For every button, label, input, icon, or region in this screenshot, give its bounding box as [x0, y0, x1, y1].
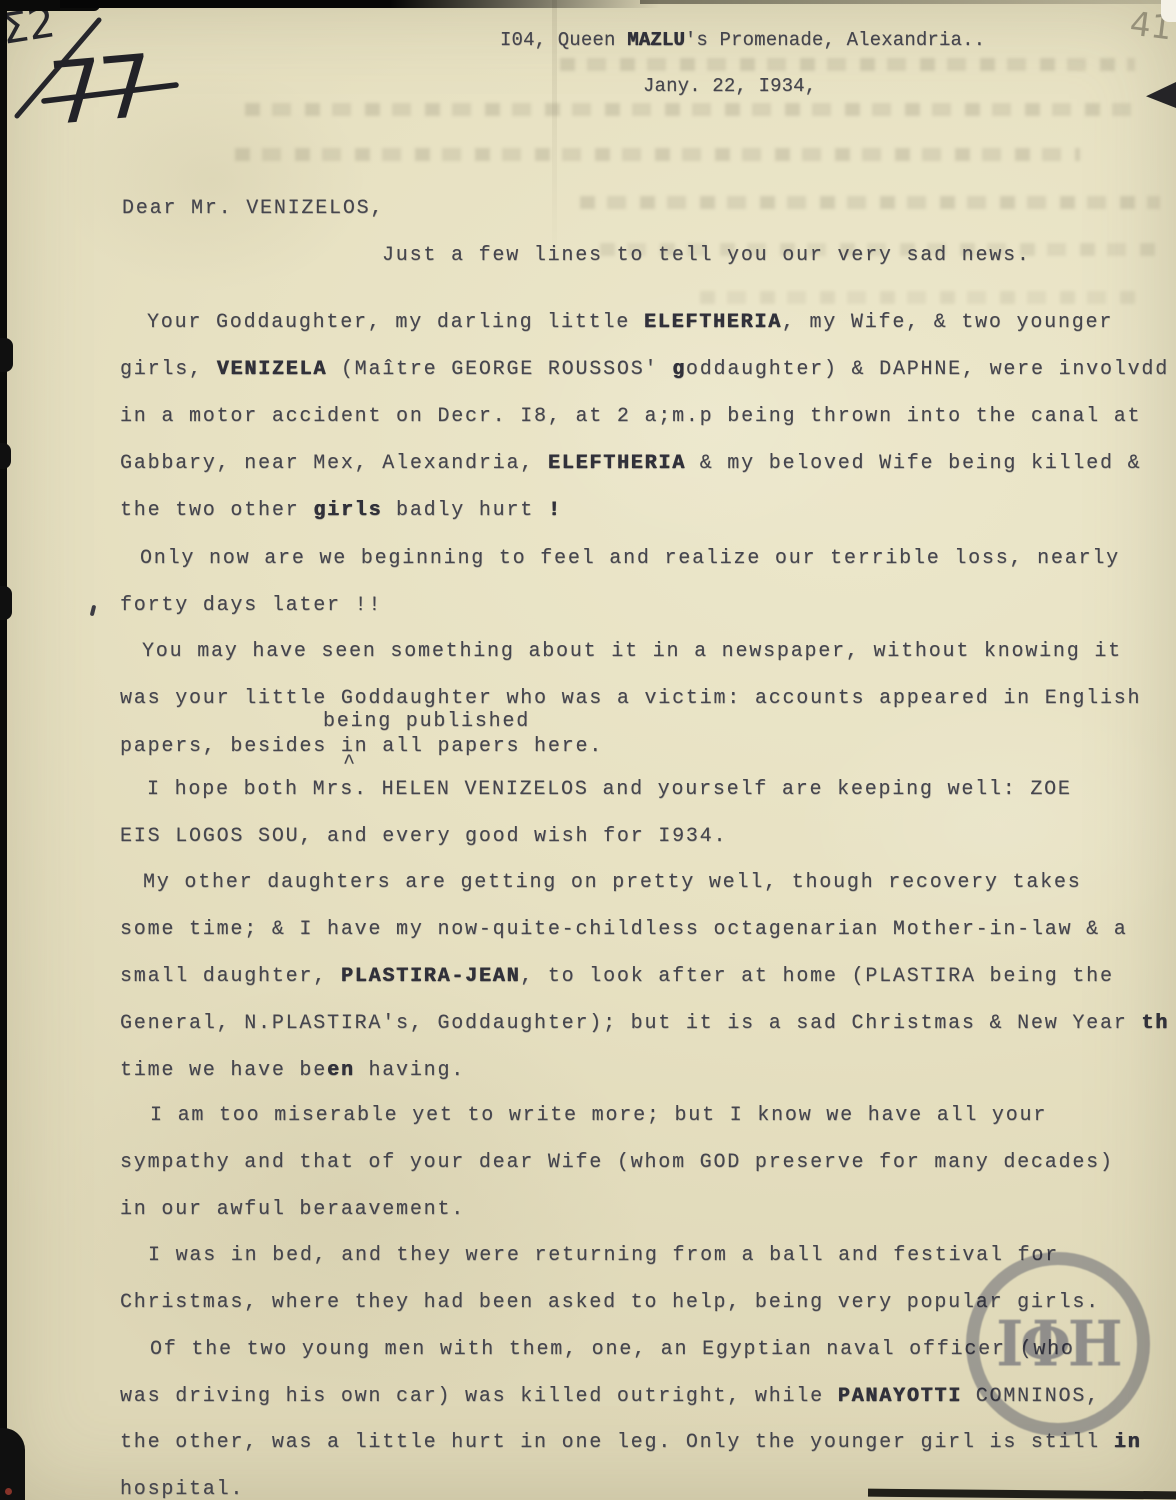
typed-text: 's Promenade, Alexandria..: [685, 29, 985, 51]
body-line: Your Goddaughter, my darling little ELEF…: [147, 312, 1113, 334]
typed-text: Gabbary, near Mex, Alexandria,: [120, 452, 548, 475]
scan-edge-top: [60, 0, 660, 8]
typed-text: was driving his own car) was killed outr…: [120, 1385, 838, 1408]
opening-line: Just a few lines to tell you our very sa…: [382, 245, 1031, 267]
typed-text: I04, Queen: [500, 29, 627, 51]
archive-stamp-letters: ΙΦΗ: [996, 1307, 1119, 1380]
typed-text: Dear Mr. VENIZELOS,: [122, 197, 384, 220]
body-line: General, N.PLASTIRA's, Goddaughter); but…: [120, 1013, 1169, 1035]
ink-blot-right-edge: [1146, 82, 1176, 108]
body-line: EIS LOGOS SOU, and every good wish for I…: [120, 826, 727, 848]
typed-text: Only now are we beginning to feel and re…: [140, 547, 1120, 570]
typed-text: Christmas, where they had been asked to …: [120, 1291, 1100, 1314]
scan-edge-top-right: [640, 0, 1176, 4]
letter-paper: I04, Queen MAZLU's Promenade, Alexandria…: [0, 0, 1176, 1500]
typed-text: forty days later !!: [120, 594, 382, 617]
overstruck-text: MAZLU: [627, 29, 685, 51]
typed-text: General, N.PLASTIRA's, Goddaughter); but…: [120, 1012, 1141, 1035]
body-line: the two other girls badly hurt !: [120, 500, 562, 522]
bleedthrough-mark: [235, 148, 1080, 161]
insertion-line: being published: [323, 711, 530, 733]
overstruck-text: th: [1141, 1012, 1169, 1035]
caret-mark: ^: [343, 753, 357, 775]
typed-text: & my beloved Wife being killed &: [686, 452, 1141, 475]
overstruck-text: ELEFTHERIA: [644, 311, 782, 334]
typed-text: Just a few lines to tell you our very sa…: [382, 244, 1031, 267]
body-line: girls, VENIZELA (Maître GEORGE ROUSSOS' …: [120, 359, 1169, 381]
typed-text: Of the two young men with them, one, an …: [150, 1338, 1075, 1361]
scan-edge-bottom-line: [868, 1489, 1176, 1500]
body-line: forty days later !!: [120, 595, 382, 617]
body-line: was driving his own car) was killed outr…: [120, 1386, 1100, 1408]
typed-text: girls,: [120, 358, 217, 381]
overstruck-text: girls: [313, 499, 382, 522]
typed-text: small daughter,: [120, 965, 341, 988]
typed-text: Jany. 22, I934,: [643, 75, 816, 97]
scan-edge-blob: [0, 443, 11, 469]
body-line: small daughter, PLASTIRA-JEAN, to look a…: [120, 966, 1114, 988]
typed-text: oddaughter) & DAPHNE, were involvdd: [686, 358, 1169, 381]
address-line: I04, Queen MAZLU's Promenade, Alexandria…: [500, 30, 985, 51]
stray-pen-mark: [90, 605, 97, 617]
body-line: was your little Goddaughter who was a vi…: [120, 688, 1141, 710]
body-line: sympathy and that of your dear Wife (who…: [120, 1152, 1114, 1174]
typed-text: the other, was a little hurt in one leg.…: [120, 1431, 1114, 1454]
body-line: the other, was a little hurt in one leg.…: [120, 1432, 1141, 1454]
overstruck-text: ELEFTHERIA: [548, 452, 686, 475]
scan-edge-blob: [0, 586, 12, 620]
body-line: My other daughters are getting on pretty…: [143, 872, 1082, 894]
red-mark: [5, 1488, 12, 1495]
typed-text: in a motor accident on Decr. I8, at 2 a;…: [120, 405, 1141, 428]
scan-corner-white: [1161, 0, 1176, 22]
typed-text: (Maître GEORGE ROUSSOS': [327, 358, 672, 381]
body-line: time we have been having.: [120, 1060, 465, 1082]
overstruck-text: g: [672, 358, 686, 381]
bleedthrough-mark: [245, 103, 1140, 116]
typed-text: time we have be: [120, 1059, 327, 1082]
typed-text: Your Goddaughter, my darling little: [147, 311, 644, 334]
salutation-line: Dear Mr. VENIZELOS,: [122, 198, 384, 220]
body-line: Gabbary, near Mex, Alexandria, ELEFTHERI…: [120, 453, 1141, 475]
body-line: hospital.: [120, 1479, 244, 1500]
bleedthrough-mark: [580, 196, 1160, 209]
typed-text: having.: [355, 1059, 465, 1082]
typed-text: badly hurt: [382, 499, 548, 522]
archive-stamp: ΙΦΗ: [966, 1252, 1150, 1436]
typed-text: was your little Goddaughter who was a vi…: [120, 687, 1141, 710]
overstruck-text: PANAYOTTI: [838, 1385, 962, 1408]
typed-text: My other daughters are getting on pretty…: [143, 871, 1082, 894]
typed-text: , to look after at home (PLASTIRA being …: [520, 965, 1113, 988]
bleedthrough-mark: [560, 58, 1135, 71]
overstruck-text: VENIZELA: [217, 358, 327, 381]
body-line: Only now are we beginning to feel and re…: [140, 548, 1120, 570]
body-line: I am too miserable yet to write more; bu…: [150, 1105, 1047, 1127]
body-line: You may have seen something about it in …: [142, 641, 1122, 663]
typed-text: the two other: [120, 499, 313, 522]
body-line: papers, besides in all papers here.: [120, 736, 603, 758]
body-line: in our awful beraavement.: [120, 1199, 465, 1221]
overstruck-text: PLASTIRA-JEAN: [341, 965, 520, 988]
overstruck-text: !: [548, 499, 562, 522]
bleedthrough-mark: [700, 291, 1140, 304]
overstruck-text: en: [327, 1059, 355, 1082]
typed-text: in our awful beraavement.: [120, 1198, 465, 1221]
scan-edge-blob: [0, 338, 13, 372]
typed-text: sympathy and that of your dear Wife (who…: [120, 1151, 1114, 1174]
scan-edge-left: [0, 0, 7, 1500]
typed-text: hospital.: [120, 1478, 244, 1500]
typed-text: , my Wife, & two younger: [782, 311, 1113, 334]
typed-text: papers, besides in all papers here.: [120, 735, 603, 758]
typed-text: ^: [343, 752, 357, 775]
typed-text: some time; & I have my now-quite-childle…: [120, 918, 1128, 941]
body-line: Of the two young men with them, one, an …: [150, 1339, 1075, 1361]
body-line: I was in bed, and they were returning fr…: [148, 1245, 1059, 1267]
body-line: I hope both Mrs. HELEN VENIZELOS and you…: [147, 779, 1072, 801]
typed-text: You may have seen something about it in …: [142, 640, 1122, 663]
typed-text: I hope both Mrs. HELEN VENIZELOS and you…: [147, 778, 1072, 801]
scan-edge-blob: [0, 1428, 25, 1500]
typed-text: I am too miserable yet to write more; bu…: [150, 1104, 1047, 1127]
typed-text: EIS LOGOS SOU, and every good wish for I…: [120, 825, 727, 848]
body-line: in a motor accident on Decr. I8, at 2 a;…: [120, 406, 1141, 428]
date-line: Jany. 22, I934,: [643, 76, 816, 97]
body-line: Christmas, where they had been asked to …: [120, 1292, 1100, 1314]
typed-text: being published: [323, 710, 530, 733]
body-line: some time; & I have my now-quite-childle…: [120, 919, 1128, 941]
overstruck-text: in: [1114, 1431, 1142, 1454]
handwritten-archive-reference: Σ2 77: [0, 0, 230, 150]
typed-text: I was in bed, and they were returning fr…: [148, 1244, 1059, 1267]
